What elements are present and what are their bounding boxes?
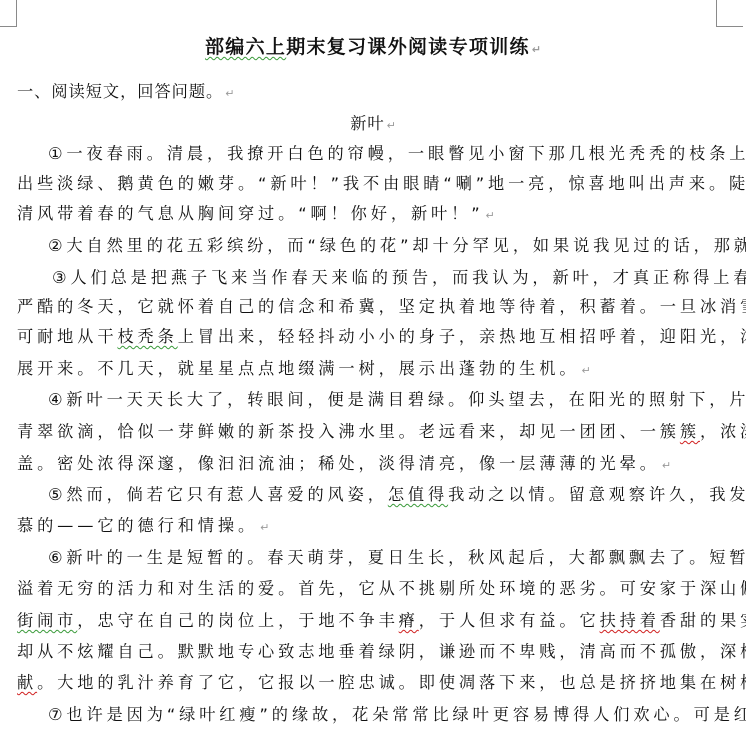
- spellcheck-segment: 扶持着: [600, 611, 660, 630]
- paragraph-mark-icon: ↵: [581, 364, 590, 377]
- body-line: 街闹市，忠守在自己的岗位上，于地不争丰瘠，于人但求有益。它扶持着香甜的果实、艳丽…: [17, 607, 746, 631]
- paragraph-mark-icon: ↵: [260, 521, 269, 534]
- section-heading-text: 一、阅读短文，回答问题。: [17, 82, 223, 101]
- spellcheck-segment: 簇: [680, 422, 700, 441]
- body-line: 青翠欲滴，恰似一芽鲜嫩的新茶投入沸水里。老远看来，却见一团团、一簇簇，浓淡相间，…: [17, 418, 746, 442]
- body-line: 清风带着春的气息从胸间穿过。“啊！你好，新叶！”↵: [17, 200, 495, 224]
- grammar-check-segment: 怎值得: [388, 485, 448, 504]
- paragraph-mark-icon: ↵: [662, 459, 671, 472]
- body-line: 献。大地的乳汁养育了它，它报以一腔忠诚。即使凋落下来，也总是挤挤地集在树根前，不…: [17, 669, 746, 693]
- body-line: ④新叶一天天长大了，转眼间，便是满目碧绿。仰头望去，在阳光的照射下，片片澄明透亮…: [48, 386, 746, 410]
- article-title-text: 新叶: [350, 114, 384, 133]
- page-corner-mark-top-right: [716, 0, 743, 27]
- body-line: 溢着无穷的活力和对生活的爱。首先，它从不挑剔所处环境的恶劣。可安家于深山僻野，或…: [17, 575, 746, 599]
- body-line: ①一夜春雨。清晨，我撩开白色的帘幔，一眼瞥见小窗下那几根光秃秃的枝条上，冷不丁爆…: [48, 140, 746, 164]
- body-line: 可耐地从干枝秃条上冒出来，轻轻抖动小小的身子，亲热地互相招呼着，迎阳光，沐春雨，…: [17, 323, 746, 347]
- title-spellcheck-segment: 部编六上: [205, 36, 286, 58]
- grammar-check-segment: 枝秃条: [117, 327, 177, 346]
- body-line: ③人们总是把燕子飞来当作春天来临的预告，而我认为，新叶，才真正称得上春的使者。早…: [52, 264, 746, 288]
- title-rest: 期末复习课外阅读专项训练: [286, 36, 530, 58]
- spellcheck-segment: 瘠: [399, 611, 419, 630]
- paragraph-mark-icon: ↵: [387, 119, 396, 132]
- body-line: ⑥新叶的一生是短暂的。春天萌芽，夏日生长，秋风起后，大都飘飘去了。短暂的一生，却…: [48, 544, 746, 568]
- body-line: ⑤然而，倘若它只有惹人喜爱的风姿，怎值得我动之以情。留意观察许久，我发现一些使我…: [48, 481, 746, 505]
- body-line: 严酷的冬天，它就怀着自己的信念和希冀，坚定执着地等待着，积蓄着。一旦冰消雪化，它…: [17, 293, 746, 317]
- spellcheck-segment: 献: [17, 673, 37, 692]
- document-title: 部编六上期末复习课外阅读专项训练↵: [0, 32, 746, 59]
- body-line: 展开来。不几天，就星星点点地缀满一树，展示出蓬勃的生机。↵: [17, 355, 591, 379]
- paragraph-mark-icon: ↵: [532, 43, 541, 56]
- section-heading: 一、阅读短文，回答问题。↵: [17, 78, 234, 102]
- body-line: 却从不炫耀自己。默默地专心致志地垂着绿阴，谦逊而不卑贱，清高而不孤傲，深根自养，…: [17, 638, 746, 662]
- grammar-check-segment: 街闹市: [17, 611, 77, 630]
- body-line: 慕的——它的德行和情操。↵: [17, 512, 269, 536]
- paragraph-mark-icon: ↵: [486, 209, 495, 222]
- paragraph-mark-icon: ↵: [225, 87, 234, 100]
- body-line: ②大自然里的花五彩缤纷，而“绿色的花”却十分罕见，如果说我见过的话，那就是新叶了…: [48, 232, 746, 256]
- body-line: 盖。密处浓得深邃，像汩汩流油；稀处，淡得清亮，像一层薄薄的光晕。↵: [17, 450, 671, 474]
- body-line: ⑦也许是因为“绿叶红瘦”的缘故，花朵常常比绿叶更容易博得人们欢心。可是红花虽好，…: [48, 701, 746, 725]
- article-title: 新叶↵: [0, 110, 746, 134]
- body-line: 出些淡绿、鹅黄色的嫩芽。“新叶！”我不由眼睛“唰”地一亮，惊喜地叫出声来。陡然觉…: [17, 170, 746, 194]
- page-corner-mark-top-left: [0, 0, 17, 27]
